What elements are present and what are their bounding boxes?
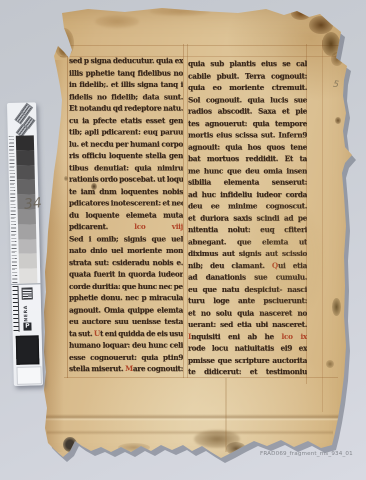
gray-step-patch xyxy=(19,268,37,283)
barcode-patch xyxy=(22,287,33,299)
ruler-section: NERA P xyxy=(11,283,41,334)
strip-logo: P xyxy=(23,322,31,330)
gray-step-patch xyxy=(17,165,35,180)
parchment-leaf: sed p signa deducutur. quia exillis pphe… xyxy=(0,0,366,480)
grayscale-calibration-strip: NERA P xyxy=(7,102,43,386)
leaf-vignette xyxy=(0,0,366,480)
gray-step-patch xyxy=(17,180,35,195)
strip-brand-label: NERA xyxy=(24,300,30,322)
folio-number-pencil: 34 xyxy=(23,195,42,213)
gray-step-patch xyxy=(18,239,36,254)
gray-step-patch xyxy=(16,135,34,150)
gray-step-patch xyxy=(19,254,37,269)
black-reference-patch xyxy=(16,335,40,365)
photo-stage: sed p signa deducutur. quia exillis pphe… xyxy=(0,0,366,480)
ruler-ticks xyxy=(12,286,19,332)
margin-number-pencil: 5 xyxy=(332,80,339,91)
gray-step-patch xyxy=(16,150,34,165)
image-caption: FRAD069_fragment_ms_934_01 xyxy=(260,451,360,457)
white-reference-patch xyxy=(16,366,41,385)
gray-step-patch xyxy=(18,224,36,239)
